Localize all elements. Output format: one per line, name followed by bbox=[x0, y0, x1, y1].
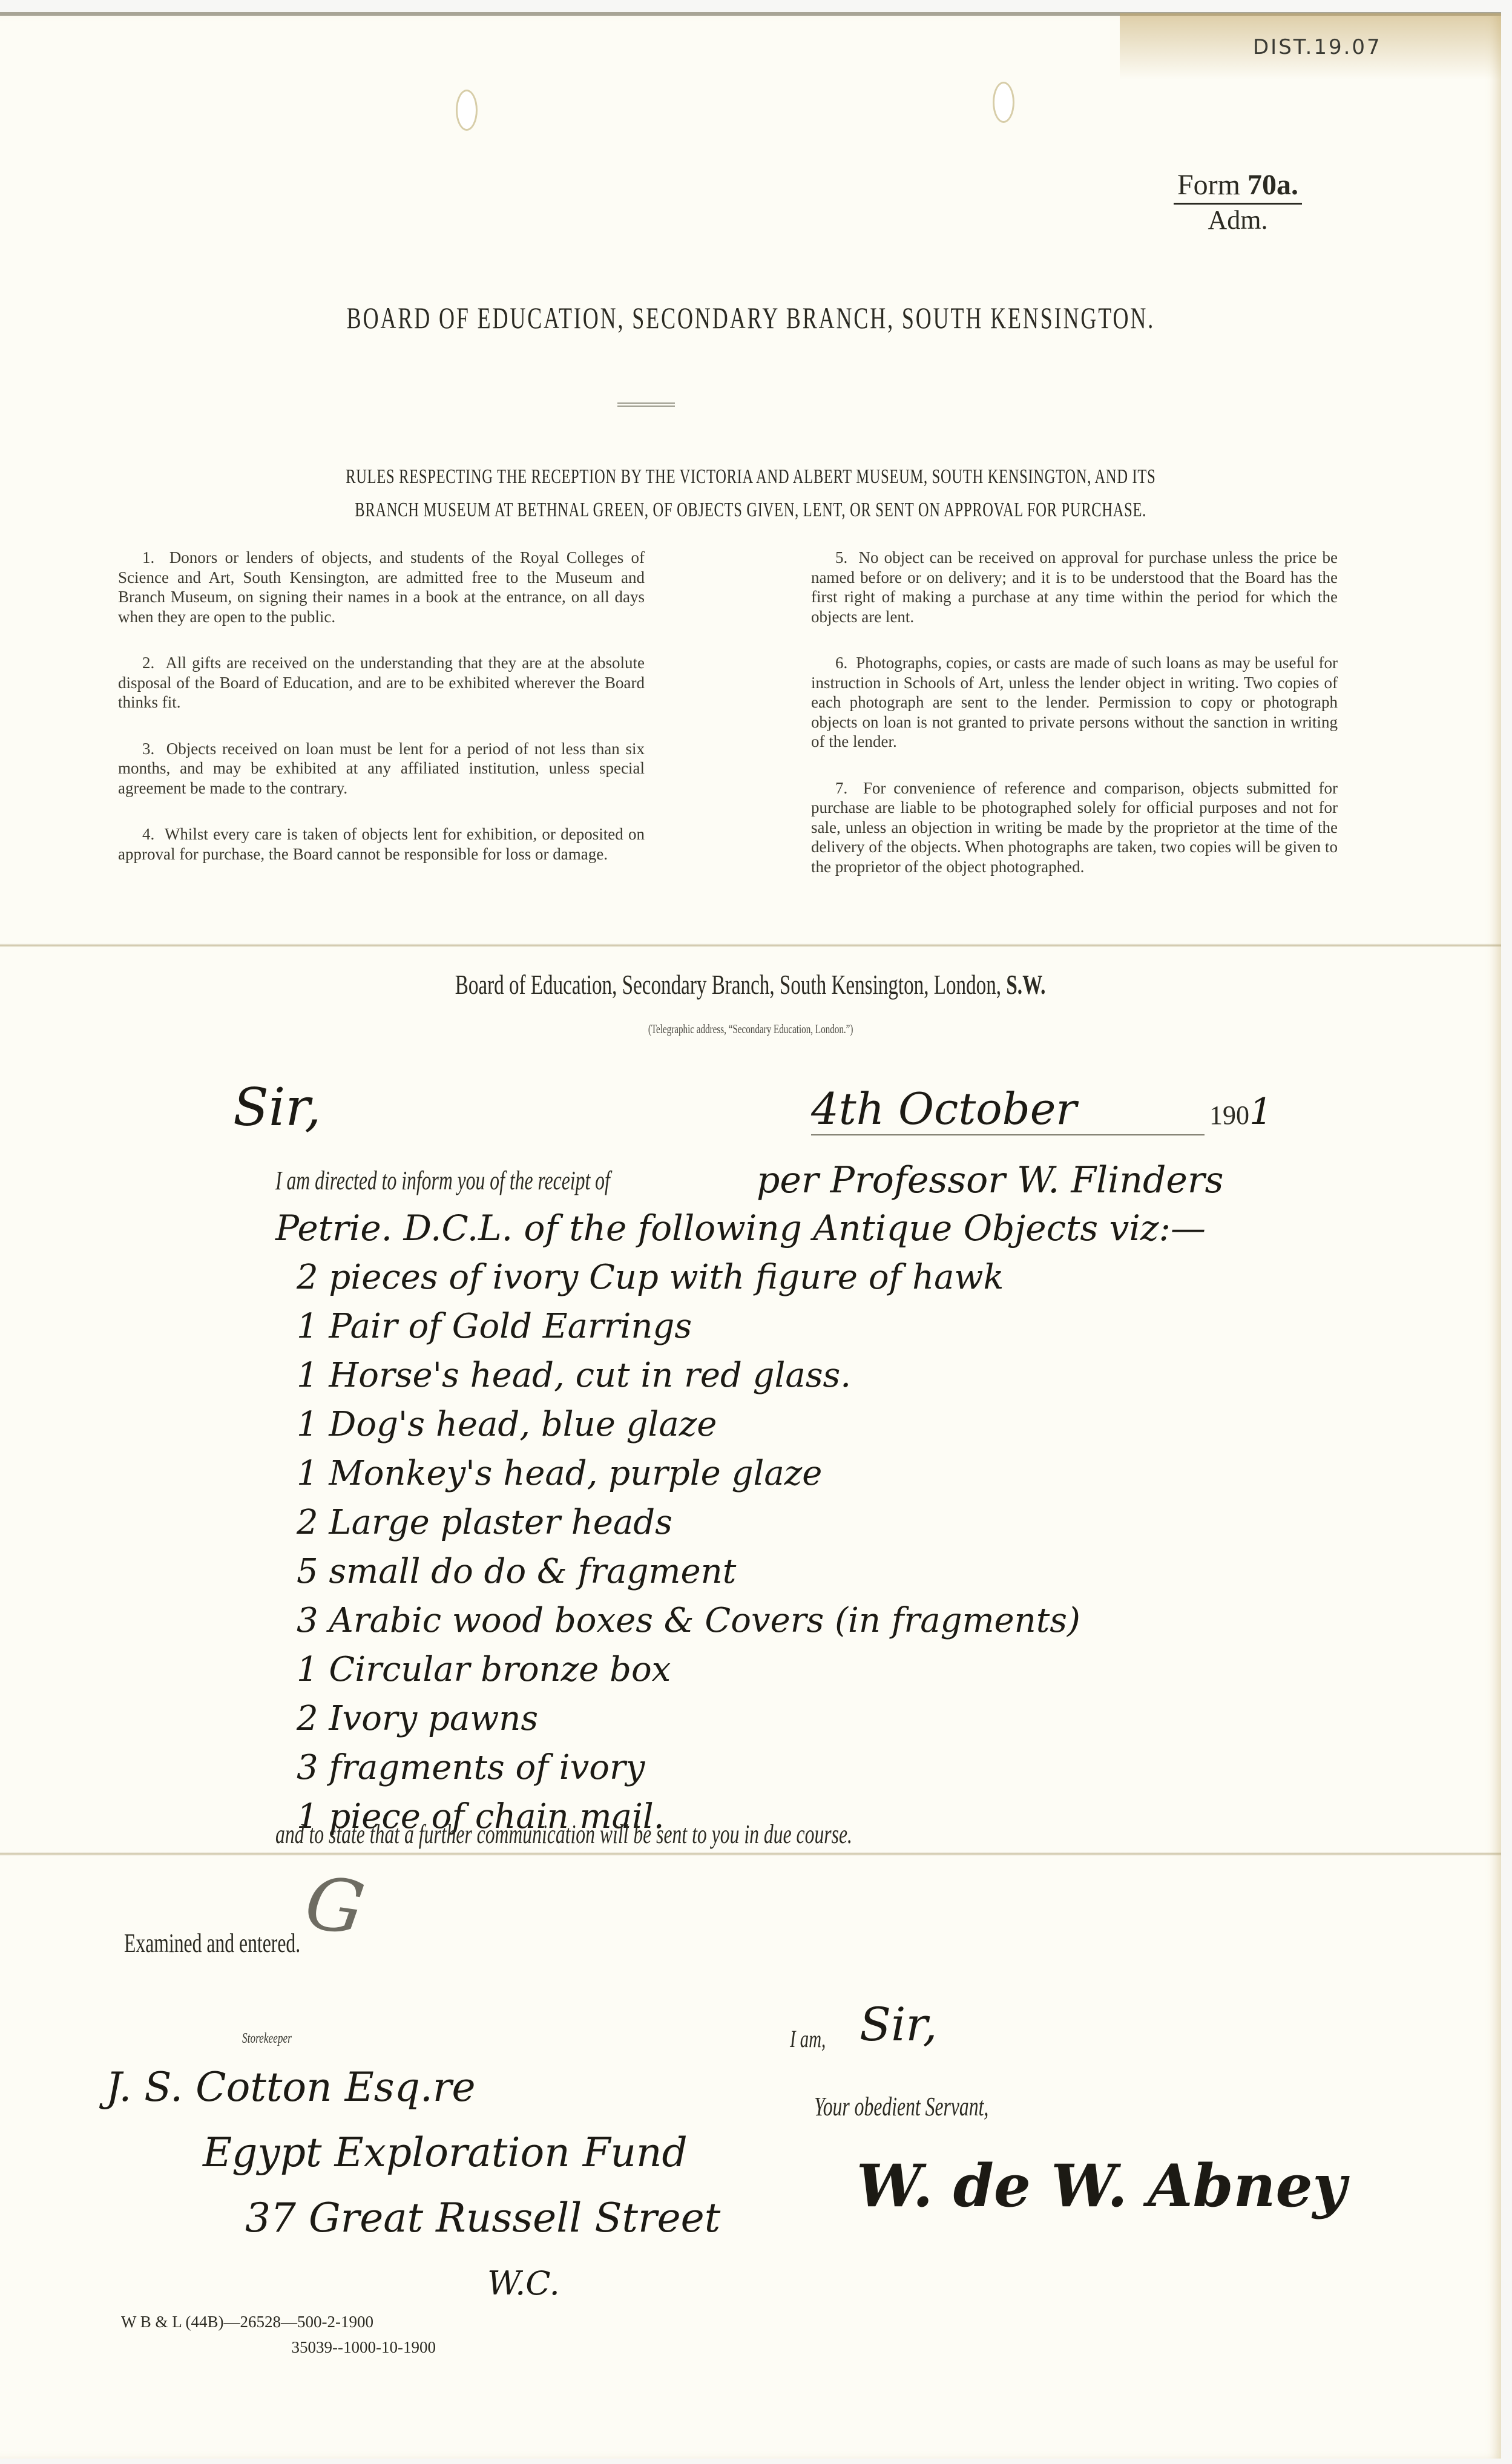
i-am-label: I am, bbox=[790, 2025, 840, 2053]
list-item: 1 Dog's head, blue glaze bbox=[297, 1400, 1080, 1449]
addressee-street: 37 Great Russell Street bbox=[106, 2186, 720, 2251]
rule-item: 2. All gifts are received on the underst… bbox=[118, 653, 645, 712]
form-department: Adm. bbox=[1159, 205, 1316, 236]
form-label: Form bbox=[1177, 169, 1240, 201]
intro-handwritten: Petrie. D.C.L. of the following Antique … bbox=[275, 1207, 1206, 1249]
addressee-organisation: Egypt Exploration Fund bbox=[106, 2120, 720, 2186]
storekeeper-label: Storekeeper bbox=[242, 2031, 311, 2047]
addressee-name: J. S. Cotton Esq.re bbox=[106, 2055, 720, 2120]
list-item: 1 Monkey's head, purple glaze bbox=[297, 1449, 1080, 1498]
signature: W. de W. Abney bbox=[856, 2152, 1346, 2220]
year-printed: 190 bbox=[1209, 1100, 1249, 1130]
punch-hole-icon bbox=[456, 90, 478, 131]
decorative-rule bbox=[617, 402, 675, 407]
fold-line bbox=[0, 1852, 1501, 1856]
rules-column-left: 1. Donors or lenders of objects, and stu… bbox=[118, 548, 645, 890]
catalogue-number: DIST.19.07 bbox=[1253, 35, 1382, 59]
list-item: 2 pieces of ivory Cup with figure of haw… bbox=[297, 1253, 1080, 1302]
form-code: 70a. bbox=[1247, 169, 1298, 201]
address-heading-suffix: S.W. bbox=[1007, 969, 1046, 1000]
rule-item: 3. Objects received on loan must be lent… bbox=[118, 739, 645, 798]
list-item: 1 Circular bronze box bbox=[297, 1645, 1080, 1694]
rule-item: 1. Donors or lenders of objects, and stu… bbox=[118, 548, 645, 626]
imprint-line: W B & L (44B)—26528—500-2-1900 bbox=[121, 2309, 436, 2334]
imprint-line: 35039--1000-10-1900 bbox=[121, 2334, 436, 2360]
year-handwritten: 1 bbox=[1249, 1091, 1272, 1133]
obedient-servant-label: Your obedient Servant, bbox=[814, 2091, 1056, 2122]
rules-heading-line: BRANCH MUSEUM AT BETHNAL GREEN, OF OBJEC… bbox=[355, 493, 1146, 527]
list-item: 2 Large plaster heads bbox=[297, 1498, 1080, 1547]
examiner-initials: G bbox=[300, 1861, 369, 1952]
closing-printed: and to state that a further communicatio… bbox=[275, 1819, 1077, 1850]
address-heading: Board of Education, Secondary Branch, So… bbox=[0, 968, 1501, 1000]
rule-item: 6. Photographs, copies, or casts are mad… bbox=[811, 653, 1338, 752]
list-item: 5 small do do & fragment bbox=[297, 1547, 1080, 1596]
list-item: 3 Arabic wood boxes & Covers (in fragmen… bbox=[297, 1596, 1080, 1645]
list-item: 1 Horse's head, cut in red glass. bbox=[297, 1351, 1080, 1400]
rules-heading-line: RULES RESPECTING THE RECEPTION BY THE VI… bbox=[346, 460, 1155, 493]
main-heading-text: BOARD OF EDUCATION, SECONDARY BRANCH, SO… bbox=[346, 300, 1154, 335]
main-heading: BOARD OF EDUCATION, SECONDARY BRANCH, SO… bbox=[0, 300, 1501, 335]
intro-handwritten: per Professor W. Flinders bbox=[757, 1159, 1223, 1201]
telegraphic-address: (Telegraphic address, “Secondary Educati… bbox=[0, 1022, 1501, 1037]
salutation: Sir, bbox=[233, 1077, 321, 1138]
rule-item: 4. Whilst every care is taken of objects… bbox=[118, 824, 645, 864]
rules-heading: RULES RESPECTING THE RECEPTION BY THE VI… bbox=[0, 460, 1501, 527]
form-number-block: Form 70a. Adm. bbox=[1159, 168, 1316, 236]
rule-item: 7. For convenience of reference and comp… bbox=[811, 778, 1338, 877]
list-item: 1 Pair of Gold Earrings bbox=[297, 1302, 1080, 1351]
list-item: 2 Ivory pawns bbox=[297, 1694, 1080, 1743]
rule-item: 5. No object can be received on approval… bbox=[811, 548, 1338, 626]
date-handwritten: 4th October bbox=[811, 1083, 1205, 1135]
rules-column-right: 5. No object can be received on approval… bbox=[811, 548, 1338, 903]
address-heading-text: Board of Education, Secondary Branch, So… bbox=[455, 969, 1001, 1000]
objects-list: 2 pieces of ivory Cup with figure of haw… bbox=[297, 1253, 1080, 1841]
intro-printed: I am directed to inform you of the recei… bbox=[275, 1165, 740, 1196]
sir-handwritten: Sir, bbox=[860, 1997, 938, 2051]
list-item: 3 fragments of ivory bbox=[297, 1743, 1080, 1792]
printer-imprint: W B & L (44B)—26528—500-2-1900 35039--10… bbox=[121, 2309, 436, 2360]
fold-line bbox=[0, 944, 1501, 947]
letter-date: 4th October1901 bbox=[811, 1083, 1272, 1135]
form-number: Form 70a. bbox=[1174, 168, 1302, 205]
addressee-block: J. S. Cotton Esq.re Egypt Exploration Fu… bbox=[106, 2055, 720, 2316]
addressee-district: W.C. bbox=[106, 2251, 720, 2316]
punch-hole-icon bbox=[993, 82, 1014, 123]
